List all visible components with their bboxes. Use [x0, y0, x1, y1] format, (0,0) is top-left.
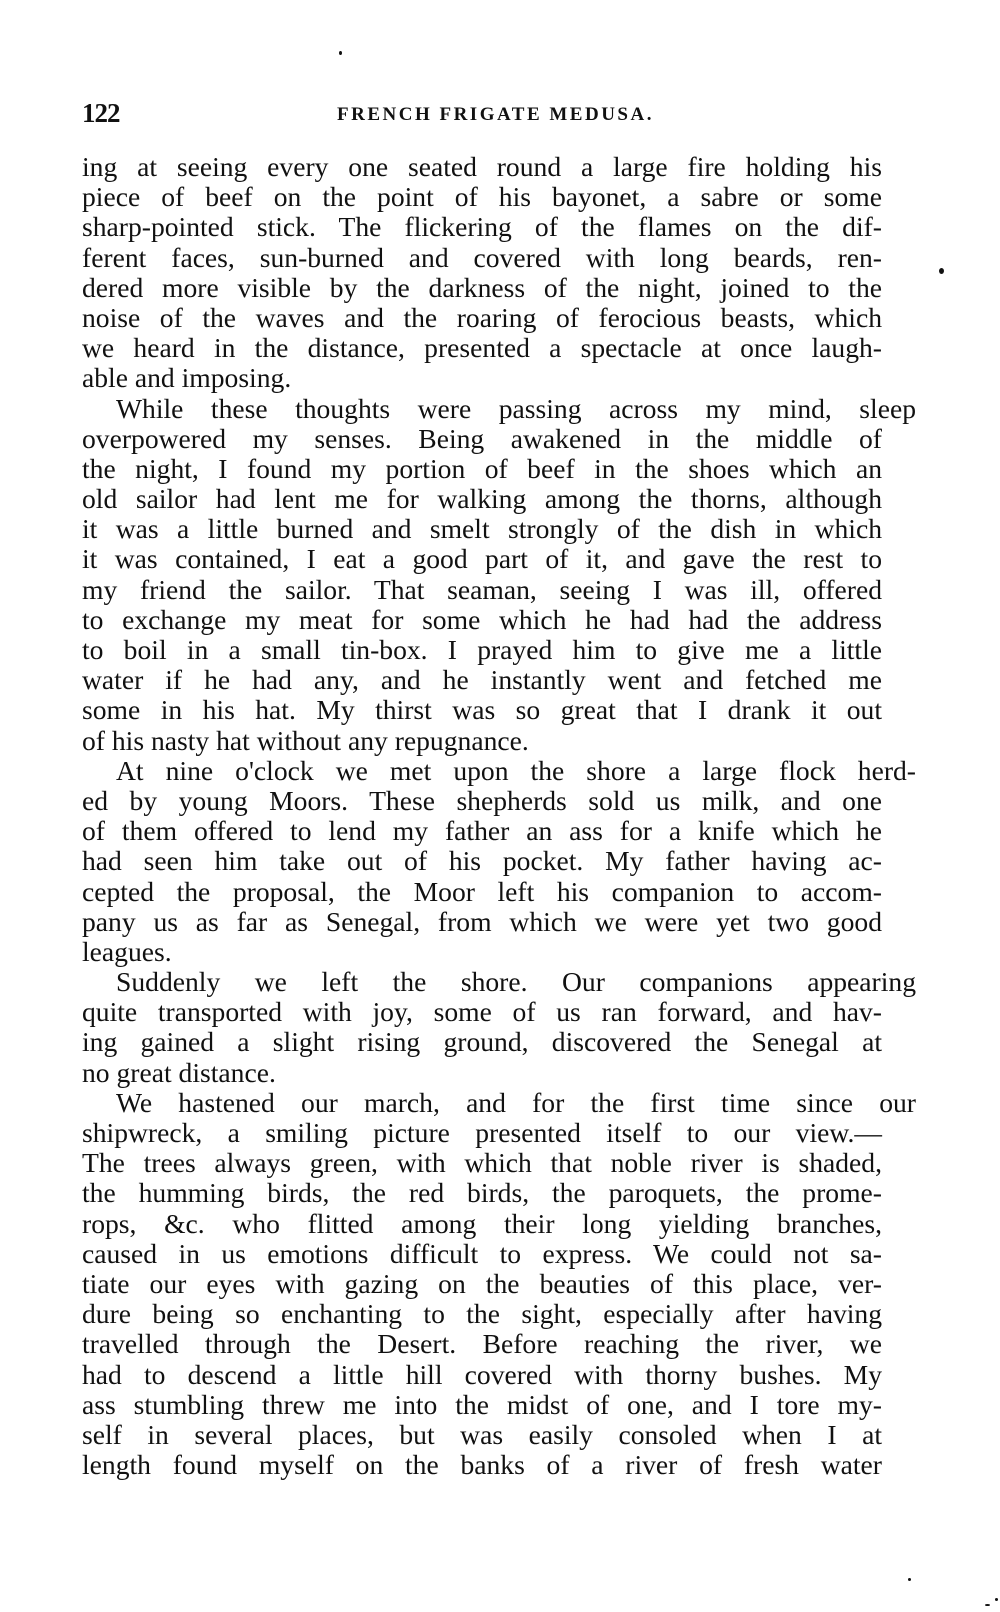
page-header: 122 FRENCH FRIGATE MEDUSA. — [82, 98, 902, 138]
text-line: water if he had any, and he instantly we… — [82, 665, 882, 695]
text-line: the night, I found my portion of beef in… — [82, 454, 882, 484]
text-line: tiate our eyes with gazing on the beauti… — [82, 1269, 882, 1299]
text-line: no great distance. — [82, 1058, 882, 1088]
text-line: Suddenly we left the shore. Our companio… — [82, 967, 916, 997]
text-line: ass stumbling threw me into the midst of… — [82, 1390, 882, 1420]
text-line: length found myself on the banks of a ri… — [82, 1450, 882, 1480]
text-line: The trees always green, with which that … — [82, 1148, 882, 1178]
text-line: of them offered to lend my father an ass… — [82, 816, 882, 846]
text-line: of his nasty hat without any repugnance. — [82, 726, 882, 756]
text-line: caused in us emotions difficult to expre… — [82, 1239, 882, 1269]
text-line: some in his hat. My thirst was so great … — [82, 695, 882, 725]
text-line: old sailor had lent me for walking among… — [82, 484, 882, 514]
scan-speck — [985, 1604, 990, 1606]
scan-speck — [939, 268, 944, 274]
text-line: able and imposing. — [82, 363, 882, 393]
text-line: piece of beef on the point of his bayone… — [82, 182, 882, 212]
text-line: We hastened our march, and for the first… — [82, 1088, 916, 1118]
text-line: leagues. — [82, 937, 882, 967]
paragraph: At nine o'clock we met upon the shore a … — [82, 756, 882, 967]
scan-speck — [995, 1598, 998, 1601]
text-line: ed by young Moors. These shepherds sold … — [82, 786, 882, 816]
text-line: to boil in a small tin-box. I prayed him… — [82, 635, 882, 665]
text-line: cepted the proposal, the Moor left his c… — [82, 877, 882, 907]
text-line: it was contained, I eat a good part of i… — [82, 544, 882, 574]
running-title: FRENCH FRIGATE MEDUSA. — [337, 104, 654, 126]
text-line: rops, &c. who flitted among their long y… — [82, 1209, 882, 1239]
scan-speck — [339, 51, 342, 55]
text-line: to exchange my meat for some which he ha… — [82, 605, 882, 635]
text-line: it was a little burned and smelt strongl… — [82, 514, 882, 544]
text-line: my friend the sailor. That seaman, seein… — [82, 575, 882, 605]
text-line: ing at seeing every one seated round a l… — [82, 152, 882, 182]
text-line: pany us as far as Senegal, from which we… — [82, 907, 882, 937]
text-line: dered more visible by the darkness of th… — [82, 273, 882, 303]
text-line: travelled through the Desert. Before rea… — [82, 1329, 882, 1359]
text-line: While these thoughts were passing across… — [82, 394, 916, 424]
text-line: had seen him take out of his pocket. My … — [82, 846, 882, 876]
text-line: ferent faces, sun-burned and covered wit… — [82, 243, 882, 273]
scan-speck — [908, 1578, 911, 1581]
body-text: ing at seeing every one seated round a l… — [82, 152, 882, 1480]
text-line: sharp-pointed stick. The flickering of t… — [82, 212, 882, 242]
paragraph: We hastened our march, and for the first… — [82, 1088, 882, 1480]
page-number: 122 — [82, 98, 120, 129]
text-line: quite transported with joy, some of us r… — [82, 997, 882, 1027]
text-line: ing gained a slight rising ground, disco… — [82, 1027, 882, 1057]
text-line: the humming birds, the red birds, the pa… — [82, 1178, 882, 1208]
text-line: we heard in the distance, presented a sp… — [82, 333, 882, 363]
text-line: self in several places, but was easily c… — [82, 1420, 882, 1450]
paragraph: While these thoughts were passing across… — [82, 394, 882, 756]
text-line: shipwreck, a smiling picture presented i… — [82, 1118, 882, 1148]
paragraph: Suddenly we left the shore. Our companio… — [82, 967, 882, 1088]
text-line: overpowered my senses. Being awakened in… — [82, 424, 882, 454]
text-line: At nine o'clock we met upon the shore a … — [82, 756, 916, 786]
paragraph: ing at seeing every one seated round a l… — [82, 152, 882, 394]
text-line: noise of the waves and the roaring of fe… — [82, 303, 882, 333]
text-line: dure being so enchanting to the sight, e… — [82, 1299, 882, 1329]
book-page: 122 FRENCH FRIGATE MEDUSA. ing at seeing… — [0, 0, 1000, 1612]
text-line: had to descend a little hill covered wit… — [82, 1360, 882, 1390]
